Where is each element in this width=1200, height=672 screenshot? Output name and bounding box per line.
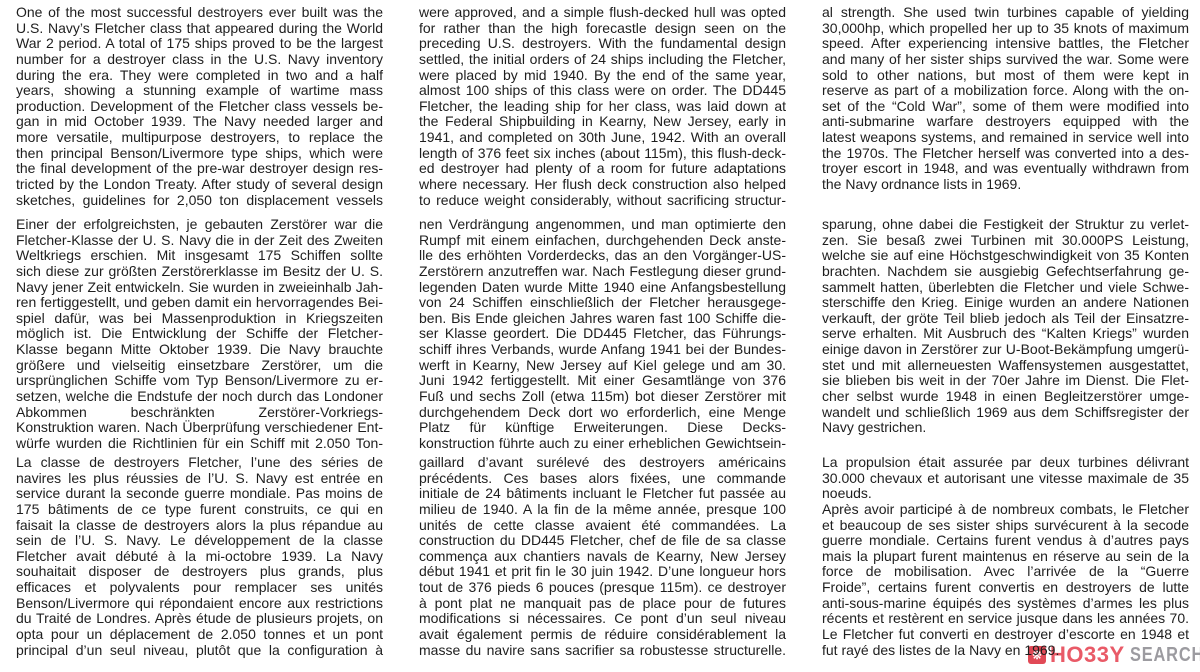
text-line: mais la plupart furent maintenus en rése… [822, 549, 1189, 565]
text-line: setzen, welche die Endstufe der noch dur… [16, 389, 383, 405]
text-line: almost 100 ships of this class were on o… [419, 83, 786, 99]
text-line: début 1941 et prit fin le 30 juin 1942. … [419, 564, 786, 580]
text-line: wandelt und schließlich 1969 aus dem Sch… [822, 405, 1189, 421]
text-line: sterschiffe den Krieg. Einige wurden an … [822, 295, 1189, 311]
text-line: nen Verdrängung angenommen, und man opti… [419, 217, 786, 233]
text-line: anti-sous-marine équipés des systèmes d’… [822, 596, 1189, 612]
text-line: Benson/Livermore qui répondaient encore … [16, 596, 383, 612]
text-line: speed. After experiencing intensive batt… [822, 36, 1189, 52]
text-line: Rumpf mit einem einfachen, durchgehenden… [419, 233, 786, 249]
text-line: more versatile, multipurpose destroyers,… [16, 130, 383, 146]
text-line: brachten. Nachdem sie ausgiebig Gefechts… [822, 264, 1189, 280]
text-line: souhaitait disposer de destroyers plus g… [16, 564, 383, 580]
col1-paragraph-french: La classe de destroyers Fletcher, l’une … [16, 455, 383, 658]
text-line: during the era. They were completed in t… [16, 68, 383, 84]
text-line: et beaucoup de ses sister ships survécur… [822, 518, 1189, 534]
text-line: unités de cette classe avaient été comma… [419, 518, 786, 534]
text-column-1: One of the most successful destroyers ev… [16, 0, 383, 672]
text-line: masse du navire sans sacrifier sa robust… [419, 643, 786, 659]
text-line: troyer escort in 1948, and was eventuall… [822, 161, 1189, 177]
text-line: length of 376 feet six inches (about 115… [419, 146, 786, 162]
text-line: sketches, guidelines for 2,050 ton displ… [16, 193, 383, 209]
text-line: précédents. Ces bases alors fixées, une … [419, 471, 786, 487]
text-line: einige davon in Zerstörer zur U-Boot-Bek… [822, 342, 1189, 358]
scanned-instruction-text-page: ※ HO33Y SEARCH One of the most successfu… [0, 0, 1200, 672]
text-line: Fletcher avait débuté à la mi-octobre 19… [16, 549, 383, 565]
text-line: La propulsion était assurée par deux tur… [822, 455, 1189, 471]
col1-paragraph-german: Einer der erfolgreichsten, je gebauten Z… [16, 217, 383, 452]
text-line: gaillard d’avant surélevé des destroyers… [419, 455, 786, 471]
text-line: sie blieben bis weit in der 70er Jahre i… [822, 373, 1189, 389]
text-line: möglich ist. Die Entwicklung der Schiffe… [16, 326, 383, 342]
text-line: for rather than the high forecastle desi… [419, 21, 786, 37]
text-line: werft in Kearny, New Jersey auf Kiel gel… [419, 358, 786, 374]
text-line: sammelt hatten, überlebten die Fletcher … [822, 280, 1189, 296]
text-line: würfe wurden die Richtlinien für ein Sch… [16, 436, 383, 452]
text-line: service durant la seconde guerre mondial… [16, 486, 383, 502]
text-line: 1941, and completed on 30th June, 1942. … [419, 130, 786, 146]
text-line: efficaces et polyvalents pour remplacer … [16, 580, 383, 596]
text-line: reserve as part of a mobilization force.… [822, 83, 1189, 99]
text-line: stet und mit allerneuesten Waffensysteme… [822, 358, 1189, 374]
text-line: sein de l’U. S. Navy. Le développement d… [16, 533, 383, 549]
text-line: avait également permis de réduire consid… [419, 627, 786, 643]
text-line: construction du DD445 Fletcher, chef de … [419, 533, 786, 549]
text-line: ursprünglichen Schiffe vom Typ Benson/Li… [16, 373, 383, 389]
text-line: faisait la classe de destroyers alors la… [16, 518, 383, 534]
text-line: the Federal Shipbuilding in Kearny, New … [419, 114, 786, 130]
text-line: opta pour un déplacement de 2.050 tonnes… [16, 627, 383, 643]
text-line: La classe de destroyers Fletcher, l’une … [16, 455, 383, 471]
text-line: welche sie auf eine Höchstgeschwindigkei… [822, 248, 1189, 264]
text-line: latest weapons systems, and remained in … [822, 130, 1189, 146]
text-column-2: were approved, and a simple flush-decked… [419, 0, 786, 672]
text-line: Fletcher, the leading ship for her class… [419, 99, 786, 115]
text-line: von 24 Schiffen einschließlich der Fletc… [419, 295, 786, 311]
text-line: 175 bâtiments de ce type furent construi… [16, 502, 383, 518]
text-line: initiale de 24 bâtiments incluant le Fle… [419, 486, 786, 502]
text-line: Navy jener Zeit entwickeln. Sie wurden i… [16, 280, 383, 296]
text-line: preceding U.S. destroyers. With the fund… [419, 36, 786, 52]
text-line: récents et restèrent en service jusque d… [822, 611, 1189, 627]
text-line: spiel dafür, was bei Massenproduktion in… [16, 311, 383, 327]
text-line: ben. Bis Ende gleichen Jahres waren fast… [419, 311, 786, 327]
text-line: gan in mid October 1939. The Navy needed… [16, 114, 383, 130]
text-line: years, showing a stunning example of war… [16, 83, 383, 99]
text-line: du Traité de Londres. Après étude de plu… [16, 611, 383, 627]
text-line: 30,000hp, which propelled her up to 35 k… [822, 21, 1189, 37]
text-line: ed destroyer had plenty of a room for fu… [419, 161, 786, 177]
text-line: Navy gestrichen. [822, 420, 1189, 436]
text-line: navires les plus réussies de l’U. S. Nav… [16, 471, 383, 487]
text-line: verkauft, der gröte Teil blieb jedoch al… [822, 311, 1189, 327]
text-line: set of the “Cold War”, some of them were… [822, 99, 1189, 115]
text-line: sparung, ohne dabei die Festigkeit der S… [822, 217, 1189, 233]
text-line: then principal Benson/Livermore type shi… [16, 146, 383, 162]
col2-paragraph-french: gaillard d’avant surélevé des destroyers… [419, 455, 786, 658]
text-line: Klasse begann Mitte Oktober 1939. Die Na… [16, 342, 383, 358]
text-column-3: al strength. She used twin turbines capa… [822, 0, 1189, 672]
text-line: größere und vielseitig einsetzbare Zerst… [16, 358, 383, 374]
text-line: where necessary. Her flush deck construc… [419, 177, 786, 193]
text-line: U.S. Navy’s Fletcher class that appeared… [16, 21, 383, 37]
text-line: milieu de 1940. A la fin de la même anné… [419, 502, 786, 518]
col1-paragraph-english: One of the most successful destroyers ev… [16, 5, 383, 208]
text-line: Juni 1942 fertiggestellt. Mit einer Gesa… [419, 373, 786, 389]
text-line: sich diese zur größten Zerstörerklasse i… [16, 264, 383, 280]
text-line: modifications si nécessaires. Ce pont d’… [419, 611, 786, 627]
col3-paragraph-english: al strength. She used twin turbines capa… [822, 5, 1189, 193]
text-line: sold to other nations, but most of them … [822, 68, 1189, 84]
text-line: Konstruktion waren. Nach Überprüfung ver… [16, 420, 383, 436]
text-line: to reduce weight considerably, without s… [419, 193, 786, 209]
text-line: the Navy ordnance lists in 1969. [822, 177, 1189, 193]
text-line: Platz für künftige Erweiterungen. Diese … [419, 420, 786, 436]
text-line: lle des erhöhten Vorderdecks, das an den… [419, 248, 786, 264]
col2-paragraph-german: nen Verdrängung angenommen, und man opti… [419, 217, 786, 452]
text-line: konstruction führte auch zu einer erhebl… [419, 436, 786, 452]
text-line: and many of her sister ships survived th… [822, 52, 1189, 68]
text-line: production. Development of the Fletcher … [16, 99, 383, 115]
text-line: One of the most successful destroyers ev… [16, 5, 383, 21]
text-line: ser Klasse geordert. Die DD445 Fletcher,… [419, 326, 786, 342]
text-line: settled, the initial orders of 24 ships … [419, 52, 786, 68]
text-line: principal d’un seul niveau, plutôt que l… [16, 643, 383, 659]
text-line: Abkommen beschränkten Zerstörer-Vorkrieg… [16, 405, 383, 421]
col2-paragraph-english: were approved, and a simple flush-decked… [419, 5, 786, 208]
text-line: fut rayé des listes de la Navy en 1969. [822, 643, 1189, 659]
text-line: guerre mondiale. Certains furent vendus … [822, 533, 1189, 549]
col3-paragraph-german: sparung, ohne dabei die Festigkeit der S… [822, 217, 1189, 436]
text-line: Froide”, certains furent convertis en de… [822, 580, 1189, 596]
text-line: commença aux chantiers navals de Kearny,… [419, 549, 786, 565]
text-line: cher selbst wurde 1948 in einen Begleitz… [822, 389, 1189, 405]
text-line: 30.000 chevaux et autorisant une vitesse… [822, 471, 1189, 487]
text-line: legenden Daten wurde Mitte 1940 eine Anf… [419, 280, 786, 296]
text-line: Fletcher-Klasse der U. S. Navy die in de… [16, 233, 383, 249]
text-line: al strength. She used twin turbines capa… [822, 5, 1189, 21]
text-line: Après avoir participé à de nombreux comb… [822, 502, 1189, 518]
text-line: noeuds. [822, 486, 1189, 502]
text-line: the final development of the pre-war des… [16, 161, 383, 177]
text-line: serve erhalten. Mit Ausbruch des “Kalten… [822, 326, 1189, 342]
text-line: were placed by mid 1940. By the end of t… [419, 68, 786, 84]
text-line: ren fertiggestellt, und geben damit ein … [16, 295, 383, 311]
text-line: number for a destroyer class in the U.S.… [16, 52, 383, 68]
text-line: tout de 376 pieds 6 pouces (presque 115m… [419, 580, 786, 596]
text-line: the 1970s. The Fletcher herself was conv… [822, 146, 1189, 162]
text-line: were approved, and a simple flush-decked… [419, 5, 786, 21]
text-line: Fuß und sechs Zoll (etwa 115m) bot diese… [419, 389, 786, 405]
text-line: à pont plat ne manquait pas de place pou… [419, 596, 786, 612]
text-line: durchgehendem Deck dort wo erforderlich,… [419, 405, 786, 421]
text-line: War 2 period. A total of 175 ships prove… [16, 36, 383, 52]
text-line: schiff ihres Verbands, wurde Anfang 1941… [419, 342, 786, 358]
text-line: Weltkriegs erschien. Mit insgesamt 175 S… [16, 248, 383, 264]
text-line: zen. Sie besaß zwei Turbinen mit 30.000P… [822, 233, 1189, 249]
text-line: tricted by the London Treaty. After stud… [16, 177, 383, 193]
text-line: Einer der erfolgreichsten, je gebauten Z… [16, 217, 383, 233]
text-line: Zerstörern anzutreffen war. Nach Festleg… [419, 264, 786, 280]
text-line: force de mobilisation. Avec l’arrivée de… [822, 564, 1189, 580]
col3-paragraph-french: La propulsion était assurée par deux tur… [822, 455, 1189, 658]
text-line: Le Fletcher fut converti en destroyer d’… [822, 627, 1189, 643]
text-line: anti-submarine warfare destroyers equipp… [822, 114, 1189, 130]
